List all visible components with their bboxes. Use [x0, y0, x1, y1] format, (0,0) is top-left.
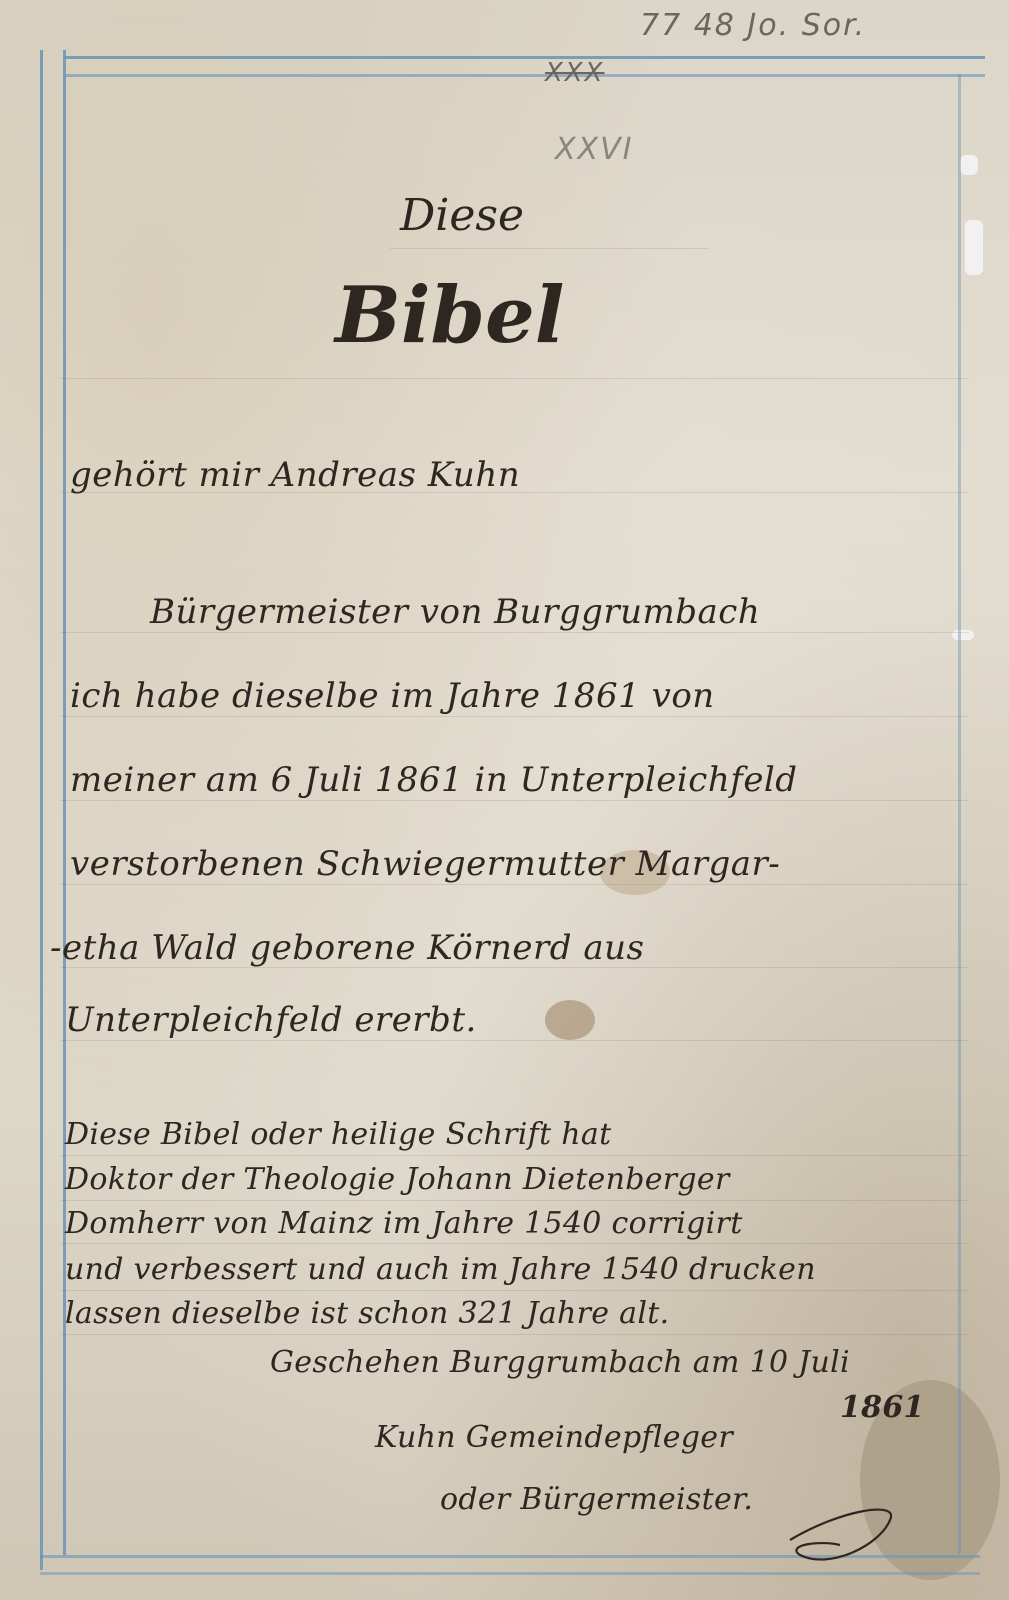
signature-flourish-icon	[780, 1500, 910, 1580]
note-line-3: Domherr von Mainz im Jahre 1540 corrigir…	[65, 1206, 743, 1241]
body-line-4: meiner am 6 Juli 1861 in Unterpleichfeld	[70, 760, 798, 800]
pencil-crossed-numeral: XXX	[545, 58, 604, 88]
heading-diese: Diese	[400, 190, 524, 241]
border-line-top-outer	[65, 56, 985, 59]
border-line-right	[958, 74, 961, 1554]
body-line-3: ich habe dieselbe im Jahre 1861 von	[70, 676, 715, 716]
body-line-5: verstorbenen Schwiegermutter Margar-	[70, 844, 780, 884]
note-line-1: Diese Bibel oder heilige Schrift hat	[65, 1117, 611, 1152]
border-line-top-inner	[65, 74, 985, 77]
ink-stain	[545, 1000, 595, 1040]
pencil-catalog-number: 77 48 Jo. Sor.	[640, 8, 866, 43]
pencil-roman-numeral: XXVI	[555, 132, 633, 167]
body-line-7: Unterpleichfeld ererbt.	[65, 1000, 477, 1040]
note-line-2: Doktor der Theologie Johann Dietenberger	[65, 1162, 730, 1197]
paper-chip	[965, 220, 983, 275]
document-page: 77 48 Jo. Sor. XXX XXVI Diese Bibel gehö…	[0, 0, 1009, 1600]
body-line-1: gehört mir Andreas Kuhn	[70, 455, 520, 495]
body-line-2: Bürgermeister von Burggrumbach	[150, 592, 760, 632]
note-line-5: lassen dieselbe ist schon 321 Jahre alt.	[65, 1296, 669, 1331]
body-line-6: -etha Wald geborene Körnerd aus	[50, 928, 644, 968]
closing-signature: Kuhn Gemeindepfleger	[375, 1420, 733, 1455]
border-line-left-outer	[40, 50, 43, 1570]
heading-bibel: Bibel	[335, 270, 564, 361]
paper-chip	[960, 155, 978, 175]
closing-year: 1861	[840, 1390, 925, 1425]
closing-title: oder Bürgermeister.	[440, 1482, 753, 1517]
closing-place-date: Geschehen Burggrumbach am 10 Juli	[270, 1345, 850, 1380]
note-line-4: und verbessert und auch im Jahre 1540 dr…	[65, 1252, 816, 1287]
